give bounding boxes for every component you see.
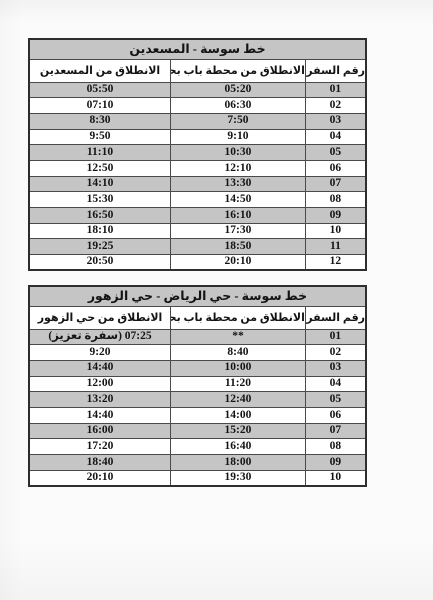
table-row: 0206:3007:10 bbox=[29, 98, 366, 114]
table-row: 0715:2016:00 bbox=[29, 423, 366, 439]
column-header-bab-bhar-departure: الانطلاق من محطة باب بحر bbox=[171, 306, 306, 329]
departure-time-cell: 12:40 bbox=[171, 392, 306, 408]
departure-time-cell: 12:00 bbox=[29, 376, 171, 392]
departure-time-cell: 06:30 bbox=[171, 98, 306, 114]
departure-time-cell: ** bbox=[171, 329, 306, 345]
departure-time-cell: 05:20 bbox=[171, 82, 306, 98]
column-header-msaadine-departure: الانطلاق من المسعدين bbox=[29, 59, 171, 82]
table-row: 0713:3014:10 bbox=[29, 176, 366, 192]
departure-time-cell: 14:10 bbox=[29, 176, 171, 192]
departure-time-cell: 20:10 bbox=[29, 470, 171, 486]
departure-time-cell: 19:25 bbox=[29, 239, 171, 255]
trip-number-cell: 10 bbox=[305, 223, 366, 239]
trip-number-cell: 12 bbox=[305, 255, 366, 271]
table-row: 1118:5019:25 bbox=[29, 239, 366, 255]
table-row: 0816:4017:20 bbox=[29, 439, 366, 455]
column-header-trip-number: رقم السفرة bbox=[305, 59, 366, 82]
departure-time-cell: 07:25 (سفرة تعزيز) bbox=[29, 329, 171, 345]
departure-time-cell: 9:50 bbox=[29, 129, 171, 145]
trip-number-cell: 05 bbox=[305, 145, 366, 161]
departure-time-cell: 17:20 bbox=[29, 439, 171, 455]
table-row: 0614:0014:40 bbox=[29, 407, 366, 423]
trip-number-cell: 04 bbox=[305, 129, 366, 145]
column-header-bab-bhar-departure: الانطلاق من محطة باب بحر bbox=[171, 59, 306, 82]
departure-time-cell: 16:40 bbox=[171, 439, 306, 455]
departure-time-cell: 9:10 bbox=[171, 129, 306, 145]
departure-time-cell: 16:00 bbox=[29, 423, 171, 439]
table-row: 0105:2005:50 bbox=[29, 82, 366, 98]
table-row: 049:109:50 bbox=[29, 129, 366, 145]
table-row: 01**07:25 (سفرة تعزيز) bbox=[29, 329, 366, 345]
trip-number-cell: 08 bbox=[305, 439, 366, 455]
departure-time-cell: 8:40 bbox=[171, 345, 306, 361]
departure-time-cell: 07:10 bbox=[29, 98, 171, 114]
trip-number-cell: 11 bbox=[305, 239, 366, 255]
table-row: 0510:3011:10 bbox=[29, 145, 366, 161]
table-title: خط سوسة - المسعدين bbox=[29, 39, 366, 59]
departure-time-cell: 13:30 bbox=[171, 176, 306, 192]
departure-time-cell: 18:10 bbox=[29, 223, 171, 239]
table-header-row: رقم السفرة الانطلاق من محطة باب بحر الان… bbox=[29, 306, 366, 329]
trip-number-cell: 04 bbox=[305, 376, 366, 392]
table-title-row: خط سوسة - المسعدين bbox=[29, 39, 366, 59]
trip-number-cell: 07 bbox=[305, 176, 366, 192]
table-row: 0310:0014:40 bbox=[29, 360, 366, 376]
departure-time-cell: 14:00 bbox=[171, 407, 306, 423]
departure-time-cell: 7:50 bbox=[171, 113, 306, 129]
trip-number-cell: 02 bbox=[305, 345, 366, 361]
departure-time-cell: 12:50 bbox=[29, 160, 171, 176]
table-row: 0916:1016:50 bbox=[29, 208, 366, 224]
departure-time-cell: 19:30 bbox=[171, 470, 306, 486]
table-row: 1019:3020:10 bbox=[29, 470, 366, 486]
timetable-sousse-riadh-zouhour: خط سوسة - حي الرياض - حي الزهور رقم السف… bbox=[28, 285, 367, 487]
trip-number-cell: 06 bbox=[305, 407, 366, 423]
table-row: 0918:0018:40 bbox=[29, 455, 366, 471]
departure-time-cell: 16:50 bbox=[29, 208, 171, 224]
trip-number-cell: 03 bbox=[305, 113, 366, 129]
trip-number-cell: 03 bbox=[305, 360, 366, 376]
departure-time-cell: 11:10 bbox=[29, 145, 171, 161]
departure-time-cell: 18:50 bbox=[171, 239, 306, 255]
table-title-row: خط سوسة - حي الرياض - حي الزهور bbox=[29, 286, 366, 306]
column-header-trip-number: رقم السفرة bbox=[305, 306, 366, 329]
table-row: 1220:1020:50 bbox=[29, 255, 366, 271]
trip-number-cell: 06 bbox=[305, 160, 366, 176]
table-row: 0814:5015:30 bbox=[29, 192, 366, 208]
departure-time-cell: 14:40 bbox=[29, 360, 171, 376]
table-header-row: رقم السفرة الانطلاق من محطة باب بحر الان… bbox=[29, 59, 366, 82]
table-title: خط سوسة - حي الرياض - حي الزهور bbox=[29, 286, 366, 306]
departure-time-cell: 18:40 bbox=[29, 455, 171, 471]
departure-time-cell: 17:30 bbox=[171, 223, 306, 239]
trip-number-cell: 08 bbox=[305, 192, 366, 208]
trip-number-cell: 05 bbox=[305, 392, 366, 408]
departure-time-cell: 05:50 bbox=[29, 82, 171, 98]
table-row: 0512:4013:20 bbox=[29, 392, 366, 408]
trip-number-cell: 10 bbox=[305, 470, 366, 486]
timetable-body: 0105:2005:500206:3007:10037:508:30049:10… bbox=[29, 82, 366, 270]
table-row: 1017:3018:10 bbox=[29, 223, 366, 239]
departure-time-cell: 20:10 bbox=[171, 255, 306, 271]
trip-number-cell: 01 bbox=[305, 329, 366, 345]
departure-time-cell: 12:10 bbox=[171, 160, 306, 176]
departure-time-cell: 15:30 bbox=[29, 192, 171, 208]
timetable-body: 01**07:25 (سفرة تعزيز)028:409:200310:001… bbox=[29, 329, 366, 486]
departure-time-cell: 10:30 bbox=[171, 145, 306, 161]
departure-time-cell: 15:20 bbox=[171, 423, 306, 439]
table-row: 037:508:30 bbox=[29, 113, 366, 129]
departure-time-cell: 18:00 bbox=[171, 455, 306, 471]
departure-time-cell: 14:40 bbox=[29, 407, 171, 423]
departure-time-cell: 16:10 bbox=[171, 208, 306, 224]
departure-time-cell: 13:20 bbox=[29, 392, 171, 408]
departure-time-cell: 10:00 bbox=[171, 360, 306, 376]
departure-time-cell: 14:50 bbox=[171, 192, 306, 208]
trip-number-cell: 01 bbox=[305, 82, 366, 98]
departure-time-cell: 20:50 bbox=[29, 255, 171, 271]
scanned-timetable-page: خط سوسة - المسعدين رقم السفرة الانطلاق م… bbox=[0, 0, 433, 600]
column-header-zouhour-departure: الانطلاق من حي الزهور bbox=[29, 306, 171, 329]
trip-number-cell: 09 bbox=[305, 208, 366, 224]
departure-time-cell: 9:20 bbox=[29, 345, 171, 361]
trip-number-cell: 02 bbox=[305, 98, 366, 114]
departure-time-cell: 11:20 bbox=[171, 376, 306, 392]
table-row: 028:409:20 bbox=[29, 345, 366, 361]
trip-number-cell: 07 bbox=[305, 423, 366, 439]
departure-time-cell: 8:30 bbox=[29, 113, 171, 129]
table-row: 0612:1012:50 bbox=[29, 160, 366, 176]
trip-number-cell: 09 bbox=[305, 455, 366, 471]
timetable-sousse-msaadine: خط سوسة - المسعدين رقم السفرة الانطلاق م… bbox=[28, 38, 367, 271]
table-row: 0411:2012:00 bbox=[29, 376, 366, 392]
